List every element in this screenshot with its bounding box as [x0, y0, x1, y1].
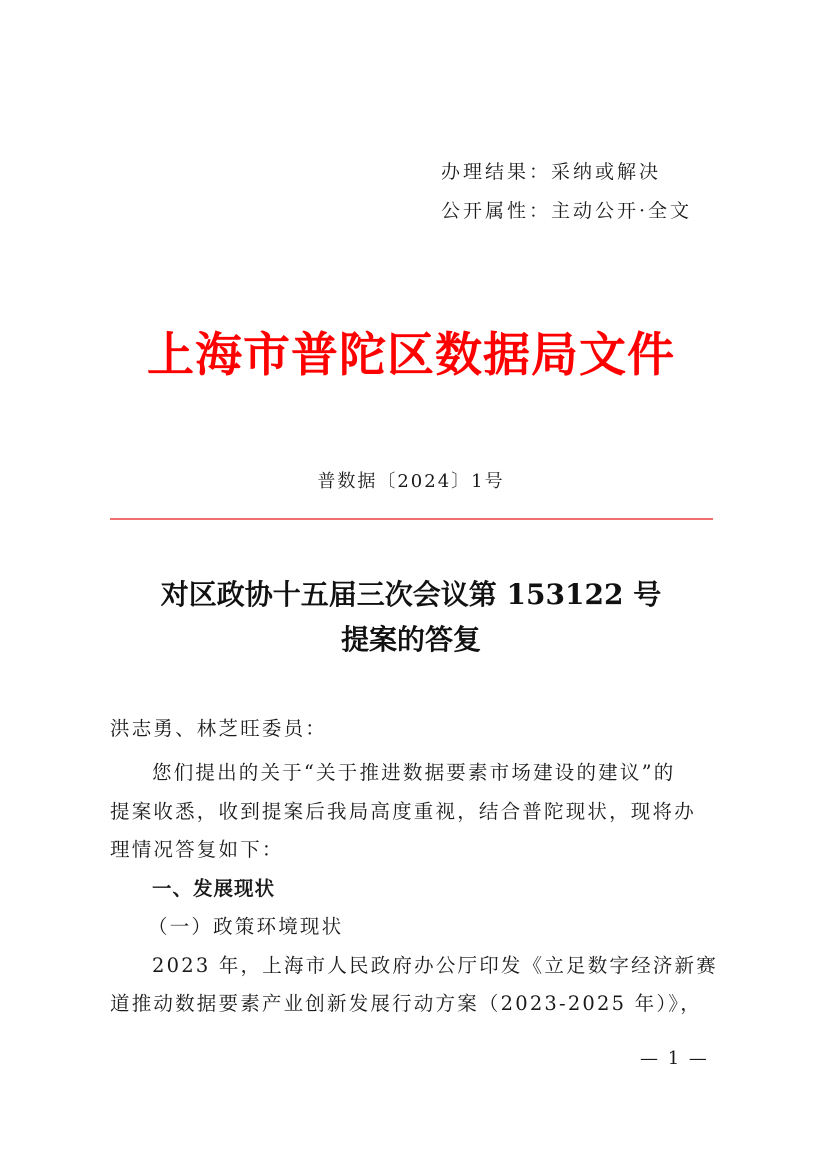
paragraph2-line2: 道推动数据要素产业创新发展行动方案（2023-2025 年）》，	[110, 988, 714, 1016]
salutation: 洪志勇、林芝旺委员：	[110, 713, 714, 741]
document-title-line1: 对区政协十五届三次会议第 153122 号	[0, 573, 822, 613]
paragraph2-line1: 2023 年，上海市人民政府办公厅印发《立足数字经济新赛	[152, 950, 756, 978]
page-number: — 1 —	[640, 1048, 709, 1069]
subsection-heading-1: （一）政策环境现状	[148, 911, 752, 939]
handling-result: 办理结果：采纳或解决	[441, 157, 661, 184]
disclosure-attribute-label: 公开属性：	[441, 200, 551, 222]
red-divider	[110, 518, 713, 520]
handling-result-value: 采纳或解决	[551, 161, 661, 183]
issuer-header: 上海市普陀区数据局文件	[0, 318, 822, 385]
paragraph1-line2: 提案收悉，收到提案后我局高度重视，结合普陀现状，现将办	[110, 796, 714, 824]
disclosure-attribute: 公开属性：主动公开·全文	[441, 196, 692, 223]
document-number: 普数据〔2024〕1号	[0, 467, 822, 493]
disclosure-attribute-value: 主动公开·全文	[551, 200, 692, 222]
section-heading-1: 一、发展现状	[152, 873, 756, 901]
handling-result-label: 办理结果：	[441, 161, 551, 183]
document-title-line2: 提案的答复	[0, 618, 822, 658]
paragraph1-line3: 理情况答复如下：	[110, 834, 714, 862]
paragraph1-line1: 您们提出的关于“关于推进数据要素市场建设的建议”的	[152, 757, 756, 785]
